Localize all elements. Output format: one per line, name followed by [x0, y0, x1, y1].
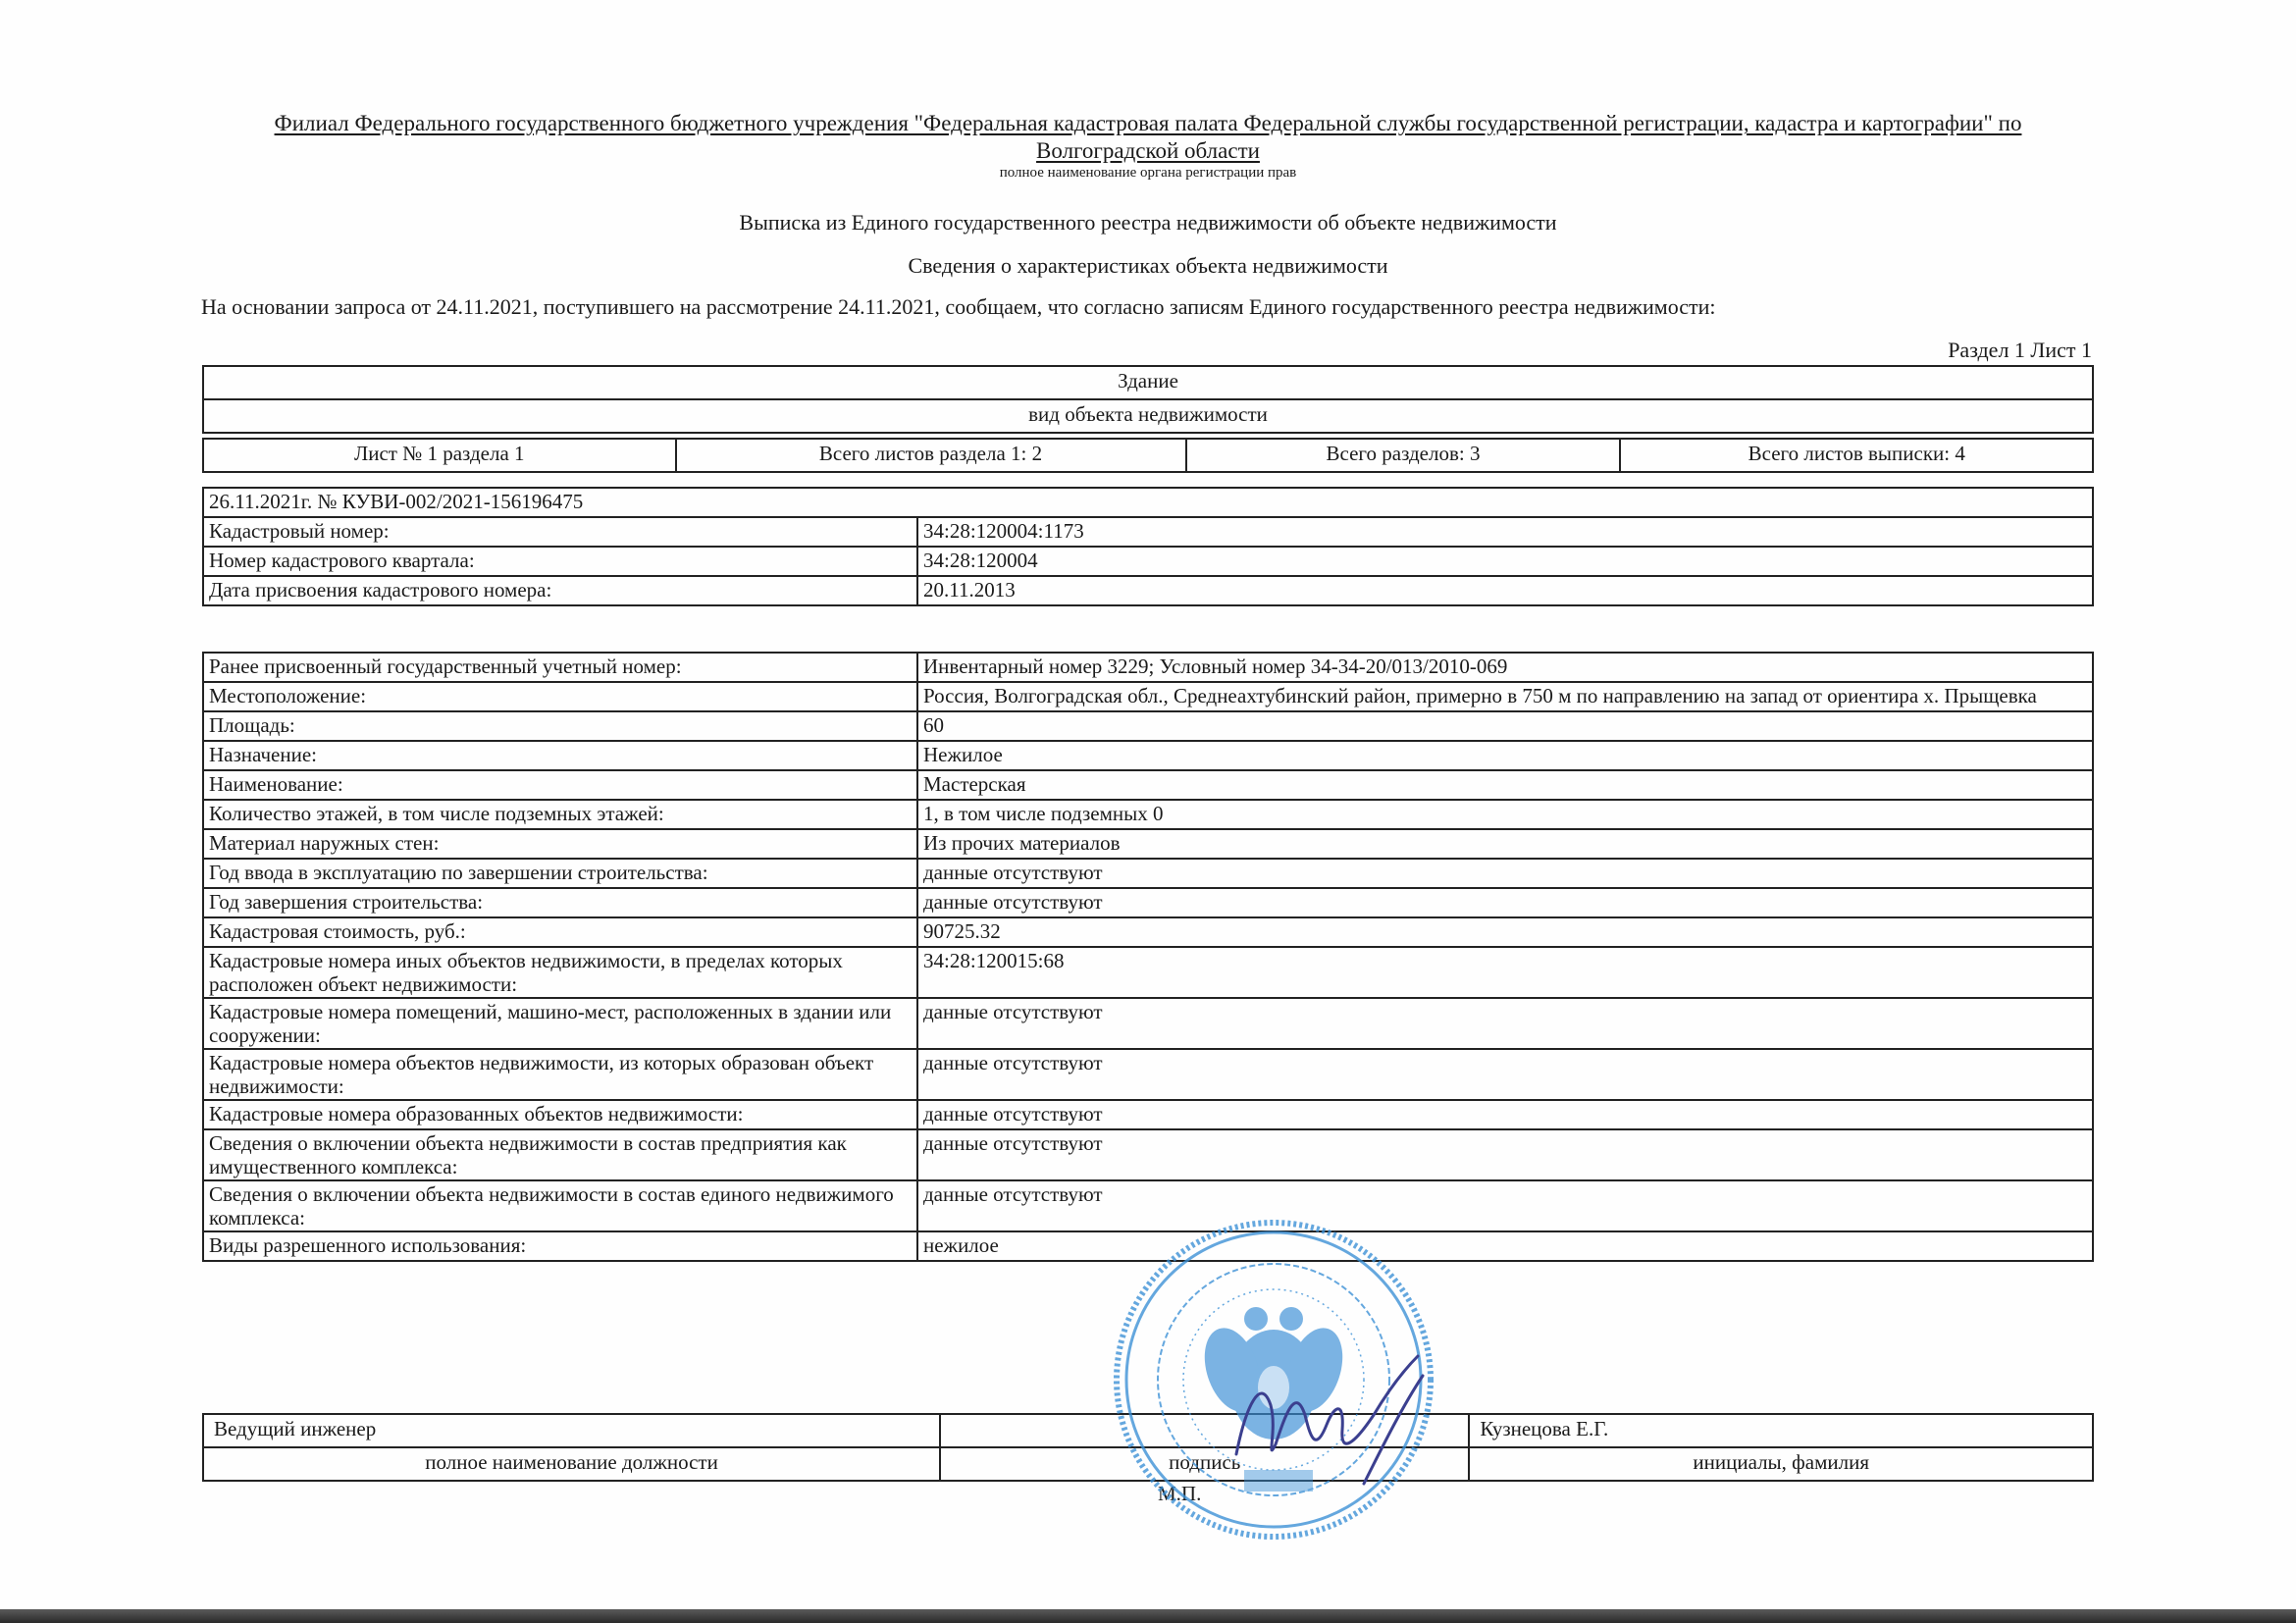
- row-label: Кадастровые номера образованных объектов…: [203, 1100, 917, 1129]
- table-row: Кадастровые номера образованных объектов…: [203, 1100, 2093, 1129]
- document-subtitle: Сведения о характеристиках объекта недви…: [245, 253, 2051, 279]
- extract-sheets-total: Всего листов выписки: 4: [1620, 439, 2093, 472]
- row-value: данные отсутствуют: [917, 859, 2093, 888]
- row-value: Нежилое: [917, 741, 2093, 770]
- row-value: данные отсутствуют: [917, 1100, 2093, 1129]
- intro-text: На основании запроса от 24.11.2021, пост…: [201, 294, 1716, 320]
- seal-mark-label: М.П.: [1158, 1482, 1201, 1506]
- object-kind-caption: вид объекта недвижимости: [203, 399, 2093, 433]
- table-row: Год ввода в эксплуатацию по завершении с…: [203, 859, 2093, 888]
- table-row: Наименование:Мастерская: [203, 770, 2093, 800]
- row-label: Сведения о включении объекта недвижимост…: [203, 1180, 917, 1231]
- table-row: Кадастровая стоимость, руб.:90725.32: [203, 917, 2093, 947]
- table-row: Местоположение:Россия, Волгоградская обл…: [203, 682, 2093, 711]
- table-row: Назначение:Нежилое: [203, 741, 2093, 770]
- table-row: Виды разрешенного использования:нежилое: [203, 1231, 2093, 1261]
- row-label: Кадастровая стоимость, руб.:: [203, 917, 917, 947]
- row-label: Номер кадастрового квартала:: [203, 547, 917, 576]
- row-label: Год ввода в эксплуатацию по завершении с…: [203, 859, 917, 888]
- table-row: Сведения о включении объекта недвижимост…: [203, 1129, 2093, 1180]
- characteristics-table: Ранее присвоенный государственный учетны…: [202, 652, 2094, 1262]
- table-row: Сведения о включении объекта недвижимост…: [203, 1180, 2093, 1231]
- table-row: Материал наружных стен:Из прочих материа…: [203, 829, 2093, 859]
- row-label: Год завершения строительства:: [203, 888, 917, 917]
- row-value: 34:28:120004: [917, 547, 2093, 576]
- sheet-number: Лист № 1 раздела 1: [203, 439, 676, 472]
- row-label: Дата присвоения кадастрового номера:: [203, 576, 917, 605]
- official-seal-stamp-icon: [1107, 1213, 1440, 1546]
- scan-bottom-edge: [0, 1609, 2296, 1623]
- sections-total: Всего разделов: 3: [1186, 439, 1621, 472]
- table-row: Кадастровые номера помещений, машино-мес…: [203, 998, 2093, 1049]
- table-row: Кадастровые номера объектов недвижимости…: [203, 1049, 2093, 1100]
- row-value: Россия, Волгоградская обл., Среднеахтуби…: [917, 682, 2093, 711]
- row-value: данные отсутствуют: [917, 1129, 2093, 1180]
- table-row: Кадастровый номер: 34:28:120004:1173: [203, 517, 2093, 547]
- row-label: Кадастровый номер:: [203, 517, 917, 547]
- organization-caption: полное наименование органа регистрации п…: [245, 165, 2051, 182]
- identifiers-table: 26.11.2021г. № КУВИ-002/2021-156196475 К…: [202, 487, 2094, 606]
- organization-name: Филиал Федерального государственного бюд…: [245, 110, 2051, 165]
- row-label: Площадь:: [203, 711, 917, 741]
- row-value: 1, в том числе подземных 0: [917, 800, 2093, 829]
- row-label: Сведения о включении объекта недвижимост…: [203, 1129, 917, 1180]
- signature-table: Ведущий инженер Кузнецова Е.Г. полное на…: [202, 1413, 2094, 1482]
- row-label: Наименование:: [203, 770, 917, 800]
- row-label: Виды разрешенного использования:: [203, 1231, 917, 1261]
- position-caption: полное наименование должности: [203, 1447, 940, 1481]
- signature-caption: подпись: [940, 1447, 1469, 1481]
- signer-position: Ведущий инженер: [203, 1414, 940, 1447]
- table-row: Площадь:60: [203, 711, 2093, 741]
- table-row: Количество этажей, в том числе подземных…: [203, 800, 2093, 829]
- row-value: Из прочих материалов: [917, 829, 2093, 859]
- table-row: Год завершения строительства:данные отсу…: [203, 888, 2093, 917]
- row-label: Назначение:: [203, 741, 917, 770]
- row-value: данные отсутствуют: [917, 998, 2093, 1049]
- section-reference: Раздел 1 Лист 1: [1948, 338, 2092, 363]
- row-label: Ранее присвоенный государственный учетны…: [203, 653, 917, 682]
- row-value: 34:28:120004:1173: [917, 517, 2093, 547]
- table-row: Ранее присвоенный государственный учетны…: [203, 653, 2093, 682]
- row-label: Кадастровые номера объектов недвижимости…: [203, 1049, 917, 1100]
- row-label: Кадастровые номера иных объектов недвижи…: [203, 947, 917, 998]
- table-row: Номер кадастрового квартала: 34:28:12000…: [203, 547, 2093, 576]
- row-value: Мастерская: [917, 770, 2093, 800]
- row-label: Местоположение:: [203, 682, 917, 711]
- section-sheets-total: Всего листов раздела 1: 2: [676, 439, 1186, 472]
- table-row: Кадастровые номера иных объектов недвижи…: [203, 947, 2093, 998]
- row-value: 34:28:120015:68: [917, 947, 2093, 998]
- row-label: Количество этажей, в том числе подземных…: [203, 800, 917, 829]
- signature-cell: [940, 1414, 1469, 1447]
- document-title: Выписка из Единого государственного реес…: [245, 210, 2051, 236]
- row-value: 90725.32: [917, 917, 2093, 947]
- row-value: 20.11.2013: [917, 576, 2093, 605]
- extract-id: 26.11.2021г. № КУВИ-002/2021-156196475: [203, 488, 2093, 517]
- object-kind-table: Здание вид объекта недвижимости: [202, 365, 2094, 434]
- row-value: данные отсутствуют: [917, 1180, 2093, 1231]
- row-value: данные отсутствуют: [917, 1049, 2093, 1100]
- row-value: Инвентарный номер 3229; Условный номер 3…: [917, 653, 2093, 682]
- sheets-table: Лист № 1 раздела 1 Всего листов раздела …: [202, 438, 2094, 473]
- row-label: Кадастровые номера помещений, машино-мес…: [203, 998, 917, 1049]
- signer-name: Кузнецова Е.Г.: [1469, 1414, 2093, 1447]
- name-caption: инициалы, фамилия: [1469, 1447, 2093, 1481]
- row-value: нежилое: [917, 1231, 2093, 1261]
- document-page: Филиал Федерального государственного бюд…: [0, 0, 2296, 1623]
- row-value: данные отсутствуют: [917, 888, 2093, 917]
- object-kind-value: Здание: [203, 366, 2093, 399]
- table-row: Дата присвоения кадастрового номера: 20.…: [203, 576, 2093, 605]
- row-label: Материал наружных стен:: [203, 829, 917, 859]
- row-value: 60: [917, 711, 2093, 741]
